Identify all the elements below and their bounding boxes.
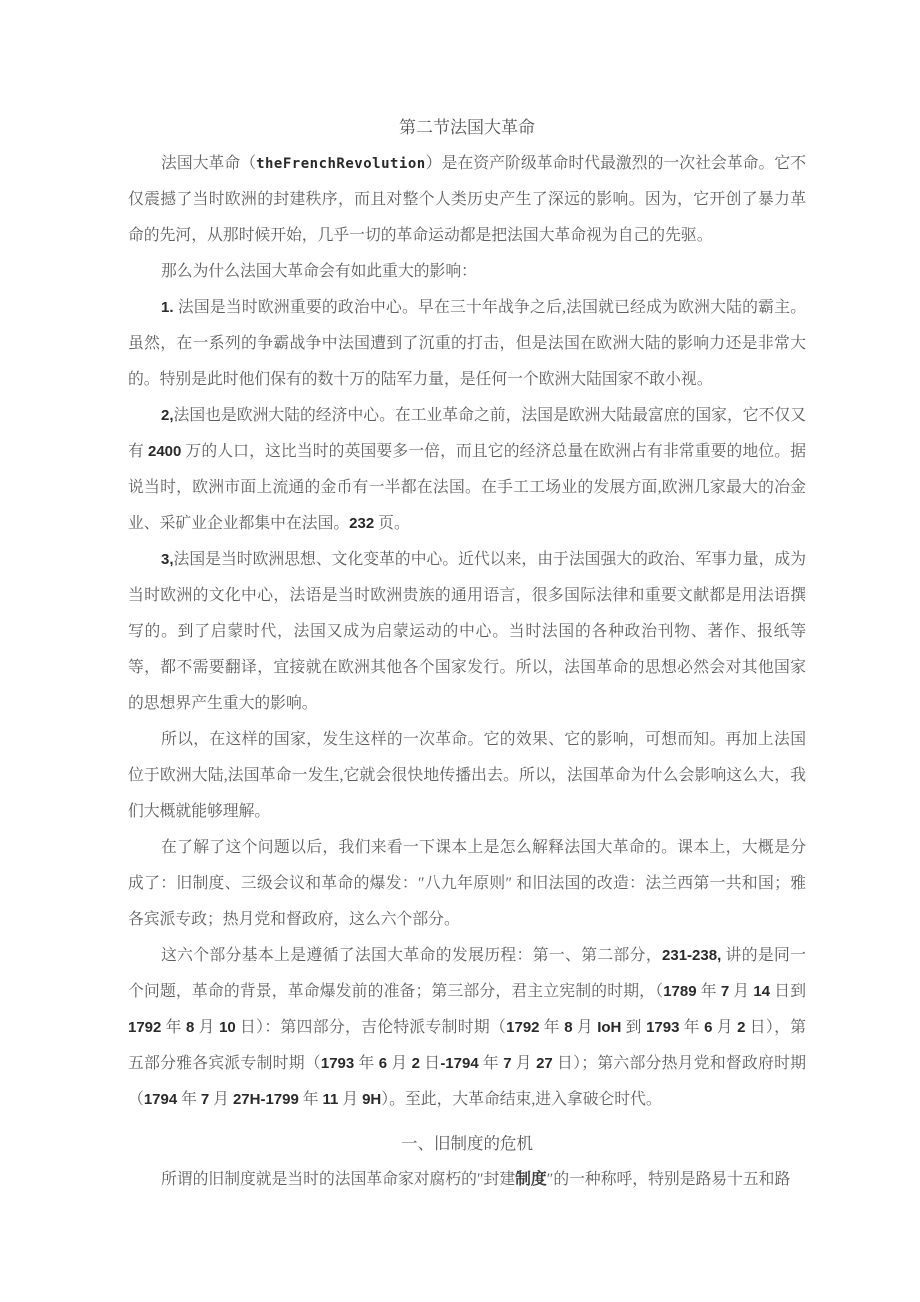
text-run: 万的人口，这比当时的英国要多一倍，而且它的经济总量在欧洲占有非常重要的地位。据说… — [128, 443, 806, 532]
text-run: 所谓的旧制度就是当时的法国革命家对腐朽的″封建 — [161, 1171, 515, 1188]
emphasis-run: 7 — [503, 1055, 511, 1072]
section-heading: 一、旧制度的危机 — [128, 1126, 806, 1162]
emphasis-run: 231-238, — [662, 947, 721, 964]
emphasis-run: 1792 — [128, 1019, 161, 1036]
emphasis-run: 6 — [379, 1055, 387, 1072]
paragraph: 1. 法国是当时欧洲重要的政治中心。早在三十年战争之后,法国就已经成为欧洲大陆的… — [128, 290, 806, 398]
text-run: 页。 — [374, 515, 410, 532]
text-run: 年 — [679, 1019, 704, 1036]
emphasis-run: -1794 — [440, 1055, 478, 1072]
emphasis-run: 14 — [753, 983, 770, 1000]
document-body: 法国大革命（theFrenchRevolution）是在资产阶级革命时代最激烈的… — [128, 146, 806, 1198]
paragraph: 这六个部分基本上是遵循了法国大革命的发展历程：第一、第二部分，231-238, … — [128, 938, 806, 1118]
text-run: 年 — [354, 1055, 379, 1072]
page-title: 第二节法国大革命 — [128, 110, 806, 146]
emphasis-run: 9H — [362, 1091, 381, 1108]
text-run: 年 — [161, 1019, 186, 1036]
text-run: 月 — [729, 983, 753, 1000]
emphasis-run: 2400 — [148, 443, 181, 460]
text-run: 月 — [712, 1019, 737, 1036]
text-run: 法国大革命（ — [161, 155, 256, 172]
text-run: ）。至此，大革命结束,进入拿破仑时代。 — [381, 1091, 661, 1108]
text-run: 在了解了这个问题以后，我们来看一下课本上是怎么解释法国大革命的。课本上，大概是分… — [128, 839, 806, 928]
emphasis-run: 1793 — [646, 1019, 679, 1036]
text-run: 月 — [573, 1019, 598, 1036]
text-run: 年 — [540, 1019, 565, 1036]
emphasis-run: IoH — [597, 1019, 621, 1036]
text-run: 法国是当时欧洲重要的政治中心。早在三十年战争之后,法国就已经成为欧洲大陆的霸主。… — [128, 299, 806, 388]
emphasis-run: 1. — [161, 299, 178, 316]
text-run: 日到 — [770, 983, 806, 1000]
emphasis-run: 1789 — [663, 983, 696, 1000]
emphasis-run: 3, — [161, 551, 174, 568]
paragraph: 在了解了这个问题以后，我们来看一下课本上是怎么解释法国大革命的。课本上，大概是分… — [128, 830, 806, 938]
emphasis-run: 1794 — [144, 1091, 177, 1108]
paragraph: 那么为什么法国大革命会有如此重大的影响： — [128, 254, 806, 290]
paragraph: 3,法国是当时欧洲思想、文化变革的中心。近代以来，由于法国强大的政治、军事力量，… — [128, 542, 806, 722]
emphasis-run: 制度 — [515, 1171, 547, 1188]
emphasis-run: 2, — [161, 407, 174, 424]
text-run: 年 — [299, 1091, 323, 1108]
emphasis-run: 11 — [323, 1091, 339, 1108]
paragraph: 所以，在这样的国家，发生这样的一次革命。它的效果、它的影响，可想而知。再加上法国… — [128, 722, 806, 830]
text-run: 年 — [177, 1091, 201, 1108]
emphasis-run: 27 — [536, 1055, 553, 1072]
document-page: 第二节法国大革命 法国大革命（theFrenchRevolution）是在资产阶… — [0, 0, 920, 1302]
emphasis-run: 7 — [201, 1091, 209, 1108]
latin-run: theFrenchRevolution — [256, 156, 426, 172]
paragraph: 法国大革命（theFrenchRevolution）是在资产阶级革命时代最激烈的… — [128, 146, 806, 254]
text-run: 年 — [479, 1055, 504, 1072]
document-content: 第二节法国大革命 法国大革命（theFrenchRevolution）是在资产阶… — [0, 0, 920, 1198]
paragraph: 所谓的旧制度就是当时的法国革命家对腐朽的″封建制度″的一种称呼，特别是路易十五和… — [128, 1162, 806, 1198]
text-run: 到 — [621, 1019, 646, 1036]
emphasis-run: 7 — [721, 983, 729, 1000]
text-run: 月 — [387, 1055, 412, 1072]
text-run: 法国是当时欧洲思想、文化变革的中心。近代以来，由于法国强大的政治、军事力量，成为… — [128, 551, 806, 712]
text-run: ″的一种称呼，特别是路易十五和路 — [547, 1171, 791, 1188]
text-run: 那么为什么法国大革命会有如此重大的影响： — [161, 263, 477, 280]
emphasis-run: 27H-1799 — [233, 1091, 299, 1108]
text-run: 日）：第四部分，吉伦特派专制时期（ — [236, 1019, 506, 1036]
emphasis-run: 10 — [219, 1019, 236, 1036]
emphasis-run: 8 — [564, 1019, 572, 1036]
emphasis-run: 2 — [412, 1055, 420, 1072]
emphasis-run: 232 — [349, 515, 374, 532]
text-run: 月 — [209, 1091, 233, 1108]
emphasis-run: 1792 — [506, 1019, 539, 1036]
text-run: 所以，在这样的国家，发生这样的一次革命。它的效果、它的影响，可想而知。再加上法国… — [128, 731, 806, 820]
text-run: 月 — [512, 1055, 537, 1072]
emphasis-run: 1793 — [321, 1055, 354, 1072]
text-run: 月 — [194, 1019, 219, 1036]
text-run: 日 — [420, 1055, 440, 1072]
text-run: 月 — [338, 1091, 362, 1108]
text-run: 这六个部分基本上是遵循了法国大革命的发展历程：第一、第二部分， — [161, 947, 662, 964]
paragraph: 2,法国也是欧洲大陆的经济中心。在工业革命之前，法国是欧洲大陆最富庶的国家，它不… — [128, 398, 806, 542]
text-run: 年 — [697, 983, 721, 1000]
